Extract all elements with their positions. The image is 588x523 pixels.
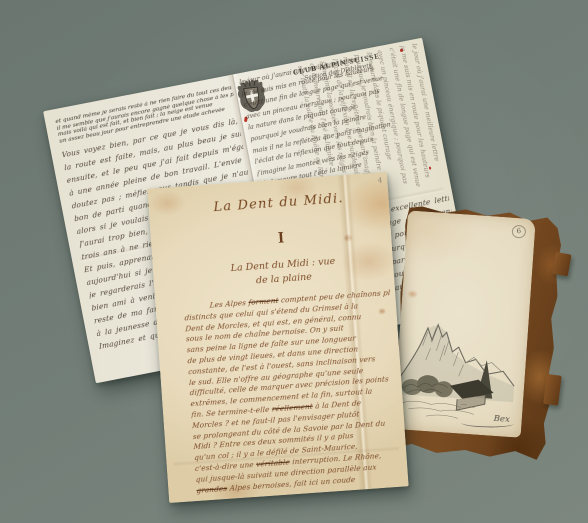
page-number-circled: 6 <box>511 225 526 239</box>
leather-clasp-tab <box>552 252 572 276</box>
photograph-of-manuscripts: et quand même je serais resté à ne rien … <box>0 0 588 523</box>
sketchbook-page: 6 <box>393 210 536 437</box>
manuscript-body: Les Alpes forment comptent peu de chaîno… <box>183 288 403 495</box>
leather-clasp-tab <box>543 374 562 406</box>
dent-du-midi-mountain-chalet-sketch-icon <box>395 296 523 430</box>
leather-sketchbook: 6 <box>392 208 549 449</box>
pencil-sketch-svg <box>395 296 523 430</box>
pencil-corner-mark: 4 <box>378 176 383 184</box>
manuscript-page: 4 La Dent du Midi. I La Dent du Midi : v… <box>147 172 408 503</box>
